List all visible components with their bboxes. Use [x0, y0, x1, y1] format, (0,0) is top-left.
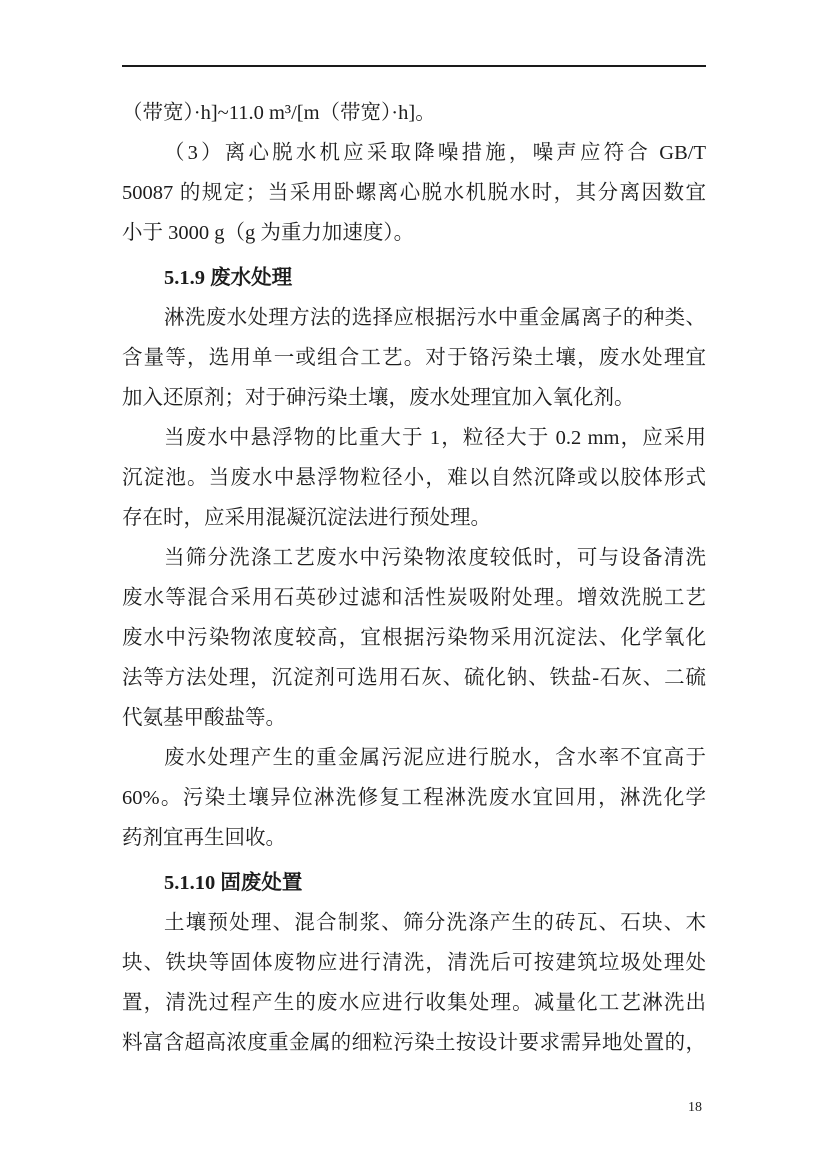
- text-line: 小于 3000 g（g 为重力加速度）。: [122, 213, 706, 253]
- document-page: （带宽）·h]~11.0 m³/[m（带宽）·h]。（3）离心脱水机应采取降噪措…: [0, 0, 826, 1169]
- section-heading: 5.1.9 废水处理: [122, 258, 706, 298]
- text-line: 土壤预处理、混合制浆、筛分洗涤产生的砖瓦、石块、木: [122, 903, 706, 943]
- document-body: （带宽）·h]~11.0 m³/[m（带宽）·h]。（3）离心脱水机应采取降噪措…: [122, 93, 706, 1063]
- text-line: 含量等，选用单一或组合工艺。对于铬污染土壤，废水处理宜: [122, 338, 706, 378]
- text-line: 60%。污染土壤异位淋洗修复工程淋洗废水宜回用，淋洗化学: [122, 778, 706, 818]
- text-line: 代氨基甲酸盐等。: [122, 698, 706, 738]
- section-heading: 5.1.10 固废处置: [122, 863, 706, 903]
- paragraph: 废水处理产生的重金属污泥应进行脱水，含水率不宜高于60%。污染土壤异位淋洗修复工…: [122, 738, 706, 858]
- text-line: 废水中污染物浓度较高，宜根据污染物采用沉淀法、化学氧化: [122, 618, 706, 658]
- text-line: 5.1.10 固废处置: [122, 863, 706, 903]
- paragraph: （带宽）·h]~11.0 m³/[m（带宽）·h]。: [122, 93, 706, 133]
- text-line: （3）离心脱水机应采取降噪措施，噪声应符合 GB/T: [122, 133, 706, 173]
- text-line: 置，清洗过程产生的废水应进行收集处理。减量化工艺淋洗出: [122, 983, 706, 1023]
- paragraph: （3）离心脱水机应采取降噪措施，噪声应符合 GB/T50087 的规定；当采用卧…: [122, 133, 706, 253]
- text-line: 废水处理产生的重金属污泥应进行脱水，含水率不宜高于: [122, 738, 706, 778]
- text-line: 淋洗废水处理方法的选择应根据污水中重金属离子的种类、: [122, 298, 706, 338]
- text-line: 沉淀池。当废水中悬浮物粒径小，难以自然沉降或以胶体形式: [122, 458, 706, 498]
- text-line: 50087 的规定；当采用卧螺离心脱水机脱水时，其分离因数宜: [122, 173, 706, 213]
- page-number: 18: [688, 1100, 702, 1116]
- text-line: 存在时，应采用混凝沉淀法进行预处理。: [122, 498, 706, 538]
- text-line: 料富含超高浓度重金属的细粒污染土按设计要求需异地处置的，: [122, 1023, 706, 1063]
- text-line: 法等方法处理，沉淀剂可选用石灰、硫化钠、铁盐-石灰、二硫: [122, 658, 706, 698]
- paragraph: 土壤预处理、混合制浆、筛分洗涤产生的砖瓦、石块、木块、铁块等固体废物应进行清洗，…: [122, 903, 706, 1063]
- text-line: 5.1.9 废水处理: [122, 258, 706, 298]
- text-line: 块、铁块等固体废物应进行清洗，清洗后可按建筑垃圾处理处: [122, 943, 706, 983]
- text-line: 加入还原剂；对于砷污染土壤，废水处理宜加入氧化剂。: [122, 378, 706, 418]
- paragraph: 淋洗废水处理方法的选择应根据污水中重金属离子的种类、含量等，选用单一或组合工艺。…: [122, 298, 706, 418]
- text-line: 废水等混合采用石英砂过滤和活性炭吸附处理。增效洗脱工艺: [122, 578, 706, 618]
- text-line: 药剂宜再生回收。: [122, 818, 706, 858]
- text-line: 当废水中悬浮物的比重大于 1，粒径大于 0.2 mm，应采用: [122, 418, 706, 458]
- paragraph: 当废水中悬浮物的比重大于 1，粒径大于 0.2 mm，应采用沉淀池。当废水中悬浮…: [122, 418, 706, 538]
- text-line: （带宽）·h]~11.0 m³/[m（带宽）·h]。: [122, 93, 706, 133]
- text-line: 当筛分洗涤工艺废水中污染物浓度较低时，可与设备清洗: [122, 538, 706, 578]
- paragraph: 当筛分洗涤工艺废水中污染物浓度较低时，可与设备清洗废水等混合采用石英砂过滤和活性…: [122, 538, 706, 738]
- header-rule: [122, 65, 706, 67]
